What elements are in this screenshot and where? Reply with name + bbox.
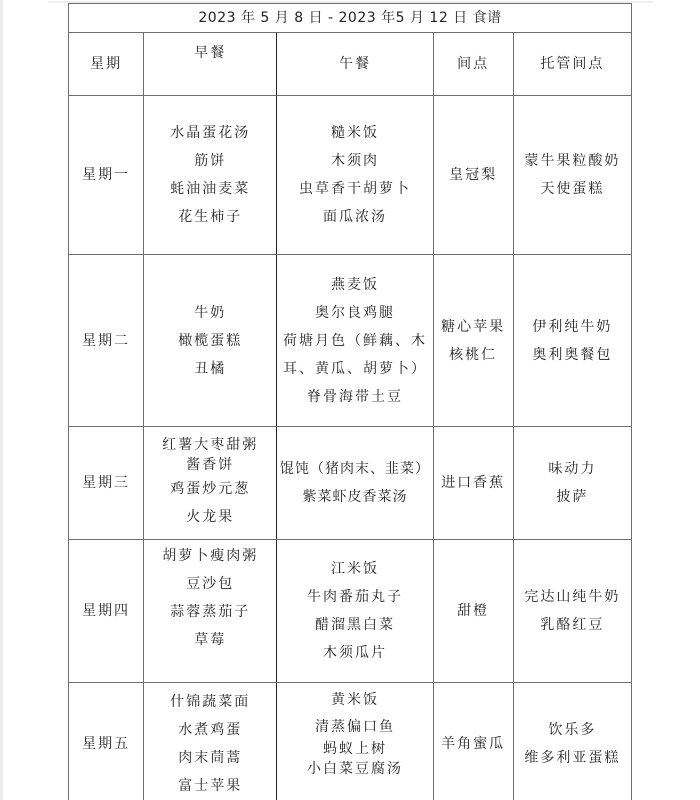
menu-item: 蒜蓉蒸茄子 — [144, 598, 276, 626]
menu-item: 脊骨海带土豆 — [277, 383, 432, 411]
menu-item: 豆沙包 — [144, 570, 276, 598]
menu-item: 进口香蕉 — [434, 469, 513, 497]
title-row: 2023 年 5 月 8 日 - 2023 年5 月 12 日 食谱 — [69, 4, 632, 33]
menu-item: 糙米饭 — [277, 119, 432, 147]
snack-cell: 皇冠梨 — [433, 96, 513, 255]
menu-item: 丑橘 — [144, 355, 276, 383]
menu-item: 糖心苹果 — [434, 313, 513, 341]
menu-item: 耳、黄瓜、胡萝卜） — [277, 355, 432, 383]
menu-item: 花生柿子 — [144, 203, 276, 231]
menu-item: 燕麦饭 — [277, 271, 432, 299]
menu-item: 木须瓜片 — [277, 639, 432, 667]
care-snack-cell: 伊利纯牛奶 奥利奥餐包 — [513, 255, 631, 427]
menu-item: 火龙果 — [144, 503, 276, 531]
snack-cell: 进口香蕉 — [433, 427, 513, 540]
menu-item: 蚝油油麦菜 — [144, 175, 276, 203]
menu-item: 核桃仁 — [434, 341, 513, 369]
header-row: 星期 早餐 午餐 间点 托管间点 — [69, 33, 632, 96]
menu-item: 荷塘月色（鲜藕、木 — [277, 327, 432, 355]
menu-item: 天使蛋糕 — [514, 175, 631, 203]
care-snack-cell: 蒙牛果粒酸奶 天使蛋糕 — [513, 96, 631, 255]
menu-item: 羊角蜜瓜 — [434, 730, 513, 758]
day-cell: 星期四 — [69, 540, 144, 683]
menu-item: 酱香饼 — [144, 455, 276, 475]
menu-item: 江米饭 — [277, 555, 432, 583]
day-cell: 星期三 — [69, 427, 144, 540]
menu-item: 伊利纯牛奶 — [514, 313, 631, 341]
day-cell: 星期五 — [69, 683, 144, 800]
menu-item: 红薯大枣甜粥 — [144, 435, 276, 455]
menu-item: 什锦蔬菜面 — [144, 688, 276, 716]
menu-item: 披萨 — [514, 483, 631, 511]
lunch-cell: 糙米饭 木须肉 虫草香干胡萝卜 面瓜浓汤 — [277, 96, 433, 255]
menu-item: 水煮鸡蛋 — [144, 716, 276, 744]
breakfast-cell: 红薯大枣甜粥 酱香饼 鸡蛋炒元葱 火龙果 — [144, 427, 277, 540]
lunch-cell: 江米饭 牛肉番茄丸子 醋溜黑白菜 木须瓜片 — [277, 540, 433, 683]
menu-item: 牛奶 — [144, 299, 276, 327]
menu-item: 皇冠梨 — [434, 161, 513, 189]
breakfast-cell: 胡萝卜瘦肉粥 豆沙包 蒜蓉蒸茄子 草莓 — [144, 540, 277, 683]
day-cell: 星期一 — [69, 96, 144, 255]
lunch-cell: 黄米饭 清蒸偏口鱼 蚂蚁上树 小白菜豆腐汤 — [277, 683, 433, 800]
weekly-menu-table: 2023 年 5 月 8 日 - 2023 年5 月 12 日 食谱 星期 早餐… — [68, 3, 632, 800]
menu-item: 肉末茼蒿 — [144, 744, 276, 772]
table-row-thursday: 星期四 胡萝卜瘦肉粥 豆沙包 蒜蓉蒸茄子 草莓 江米饭 牛肉番茄丸子 醋溜黑白菜… — [69, 540, 632, 683]
menu-item: 草莓 — [144, 626, 276, 654]
menu-item: 甜橙 — [434, 597, 513, 625]
menu-item: 牛肉番茄丸子 — [277, 583, 432, 611]
lunch-cell: 燕麦饭 奥尔良鸡腿 荷塘月色（鲜藕、木 耳、黄瓜、胡萝卜） 脊骨海带土豆 — [277, 255, 433, 427]
menu-item: 醋溜黑白菜 — [277, 611, 432, 639]
menu-item: 清蒸偏口鱼 — [277, 715, 432, 739]
menu-item: 黄米饭 — [277, 685, 432, 715]
menu-item: 富士苹果 — [144, 772, 276, 800]
lunch-cell: 馄饨（猪肉末、韭菜） 紫菜虾皮香菜汤 — [277, 427, 433, 540]
care-snack-cell: 味动力 披萨 — [513, 427, 631, 540]
care-snack-cell: 完达山纯牛奶 乳酪红豆 — [513, 540, 631, 683]
menu-item: 奥利奥餐包 — [514, 341, 631, 369]
menu-item: 奥尔良鸡腿 — [277, 299, 432, 327]
header-day: 星期 — [69, 33, 144, 96]
care-snack-cell: 饮乐多 维多利亚蛋糕 — [513, 683, 631, 800]
table-row-wednesday: 星期三 红薯大枣甜粥 酱香饼 鸡蛋炒元葱 火龙果 馄饨（猪肉末、韭菜） 紫菜虾皮… — [69, 427, 632, 540]
header-snack: 间点 — [433, 33, 513, 96]
page-edge — [0, 0, 3, 800]
menu-item: 味动力 — [514, 455, 631, 483]
menu-item: 饮乐多 — [514, 716, 631, 744]
menu-item: 馄饨（猪肉末、韭菜） — [277, 455, 432, 483]
menu-item: 木须肉 — [277, 147, 432, 175]
breakfast-cell: 牛奶 橄榄蛋糕 丑橘 — [144, 255, 277, 427]
menu-item: 筋饼 — [144, 147, 276, 175]
menu-item: 蒙牛果粒酸奶 — [514, 147, 631, 175]
snack-cell: 甜橙 — [433, 540, 513, 683]
menu-item: 水晶蛋花汤 — [144, 119, 276, 147]
table-row-tuesday: 星期二 牛奶 橄榄蛋糕 丑橘 燕麦饭 奥尔良鸡腿 荷塘月色（鲜藕、木 耳、黄瓜、… — [69, 255, 632, 427]
menu-item: 完达山纯牛奶 — [514, 583, 631, 611]
breakfast-cell: 什锦蔬菜面 水煮鸡蛋 肉末茼蒿 富士苹果 — [144, 683, 277, 800]
menu-item: 胡萝卜瘦肉粥 — [144, 542, 276, 570]
day-cell: 星期二 — [69, 255, 144, 427]
header-lunch: 午餐 — [277, 33, 433, 96]
menu-item: 面瓜浓汤 — [277, 203, 432, 231]
header-breakfast: 早餐 — [144, 33, 277, 96]
menu-item: 虫草香干胡萝卜 — [277, 175, 432, 203]
snack-cell: 羊角蜜瓜 — [433, 683, 513, 800]
menu-item: 蚂蚁上树 — [277, 739, 432, 759]
menu-item: 乳酪红豆 — [514, 611, 631, 639]
snack-cell: 糖心苹果 核桃仁 — [433, 255, 513, 427]
table-row-friday: 星期五 什锦蔬菜面 水煮鸡蛋 肉末茼蒿 富士苹果 黄米饭 清蒸偏口鱼 蚂蚁上树 … — [69, 683, 632, 800]
header-care-snack: 托管间点 — [513, 33, 631, 96]
breakfast-cell: 水晶蛋花汤 筋饼 蚝油油麦菜 花生柿子 — [144, 96, 277, 255]
menu-item: 维多利亚蛋糕 — [514, 744, 631, 772]
menu-item: 鸡蛋炒元葱 — [144, 475, 276, 503]
menu-item: 橄榄蛋糕 — [144, 327, 276, 355]
menu-item: 小白菜豆腐汤 — [277, 759, 432, 779]
menu-item: 紫菜虾皮香菜汤 — [277, 483, 432, 511]
menu-title: 2023 年 5 月 8 日 - 2023 年5 月 12 日 食谱 — [69, 4, 632, 33]
table-row-monday: 星期一 水晶蛋花汤 筋饼 蚝油油麦菜 花生柿子 糙米饭 木须肉 虫草香干胡萝卜 … — [69, 96, 632, 255]
